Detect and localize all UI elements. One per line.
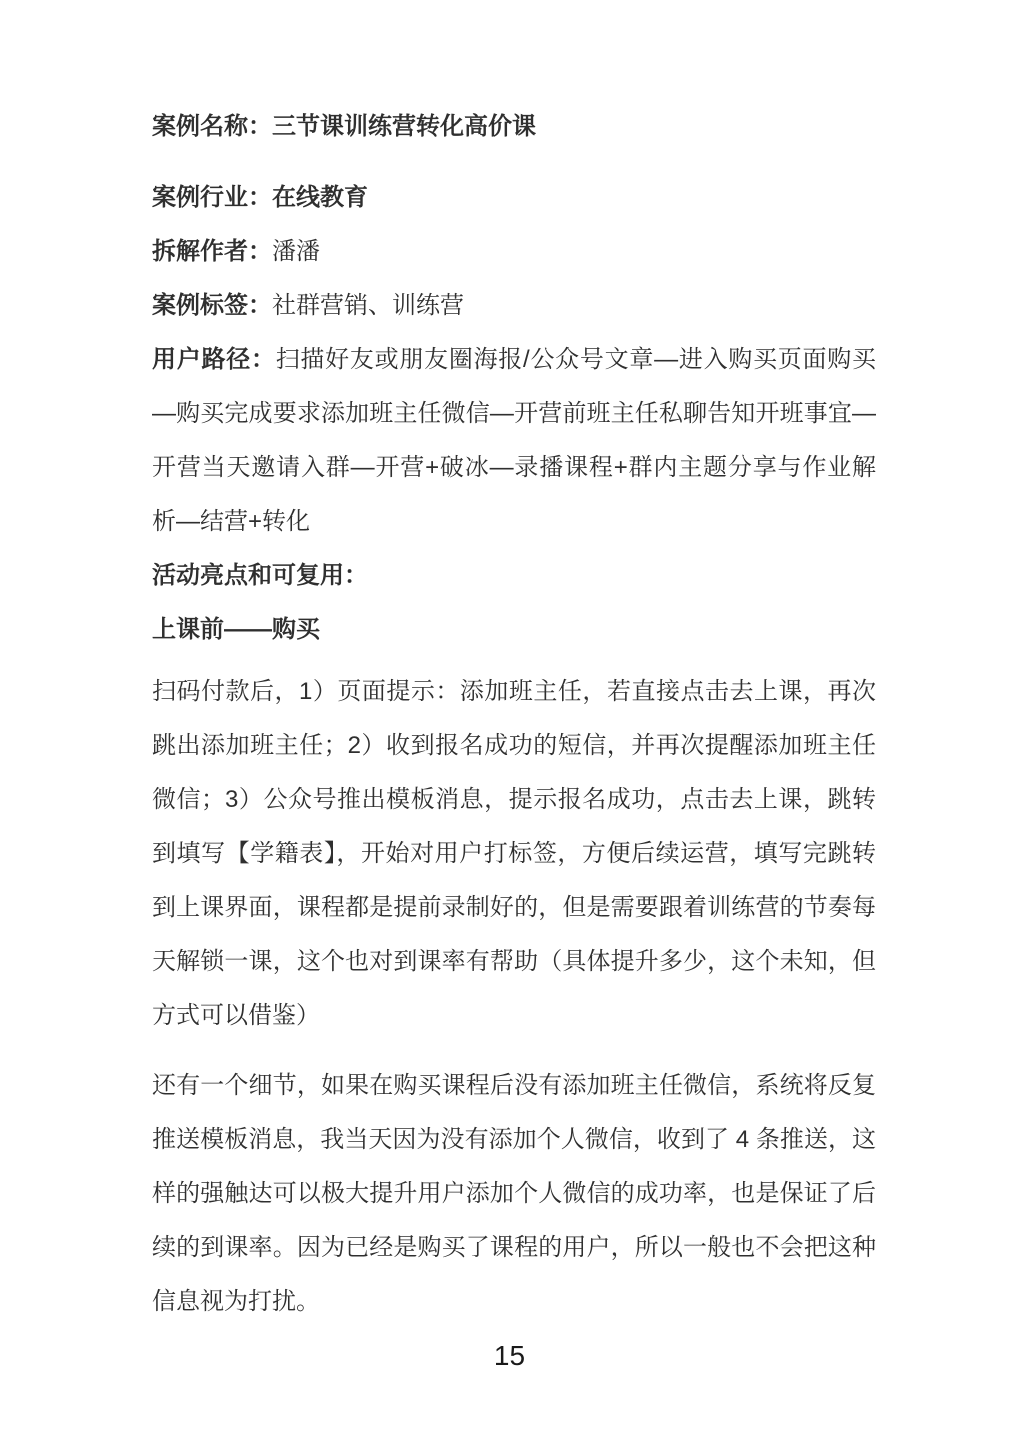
paragraph-template-push-detail: 还有一个细节，如果在购买课程后没有添加班主任微信，系统将反复推送模板消息，我当天…	[152, 1059, 876, 1329]
field-case-tags-label: 案例标签：	[152, 292, 272, 319]
field-case-industry: 案例行业：在线教育	[152, 171, 876, 225]
heading-highlights: 活动亮点和可复用：	[152, 549, 876, 603]
field-case-name-value: 三节课训练营转化高价课	[272, 113, 536, 140]
field-user-path: 用户路径：扫描好友或朋友圈海报/公众号文章—进入购买页面购买—购买完成要求添加班…	[152, 333, 876, 549]
field-case-author-value: 潘潘	[272, 238, 320, 265]
field-user-path-value: 扫描好友或朋友圈海报/公众号文章—进入购买页面购买—购买完成要求添加班主任微信—…	[152, 346, 876, 535]
field-case-industry-value: 在线教育	[272, 184, 368, 211]
document-page: 案例名称：三节课训练营转化高价课 案例行业：在线教育 拆解作者：潘潘 案例标签：…	[0, 0, 1019, 1440]
heading-before-class: 上课前——购买	[152, 603, 876, 657]
page-number: 15	[0, 1336, 1019, 1376]
paragraph-payment-flow: 扫码付款后，1）页面提示：添加班主任，若直接点击去上课，再次跳出添加班主任；2）…	[152, 665, 876, 1043]
field-case-industry-label: 案例行业：	[152, 184, 272, 211]
document-body: 案例名称：三节课训练营转化高价课 案例行业：在线教育 拆解作者：潘潘 案例标签：…	[152, 100, 876, 1329]
field-user-path-label: 用户路径：	[152, 346, 276, 373]
field-case-tags: 案例标签：社群营销、训练营	[152, 279, 876, 333]
field-case-name-label: 案例名称：	[152, 113, 272, 140]
field-case-author-label: 拆解作者：	[152, 238, 272, 265]
field-case-author: 拆解作者：潘潘	[152, 225, 876, 279]
field-case-tags-value: 社群营销、训练营	[272, 292, 464, 319]
field-case-name: 案例名称：三节课训练营转化高价课	[152, 100, 876, 154]
